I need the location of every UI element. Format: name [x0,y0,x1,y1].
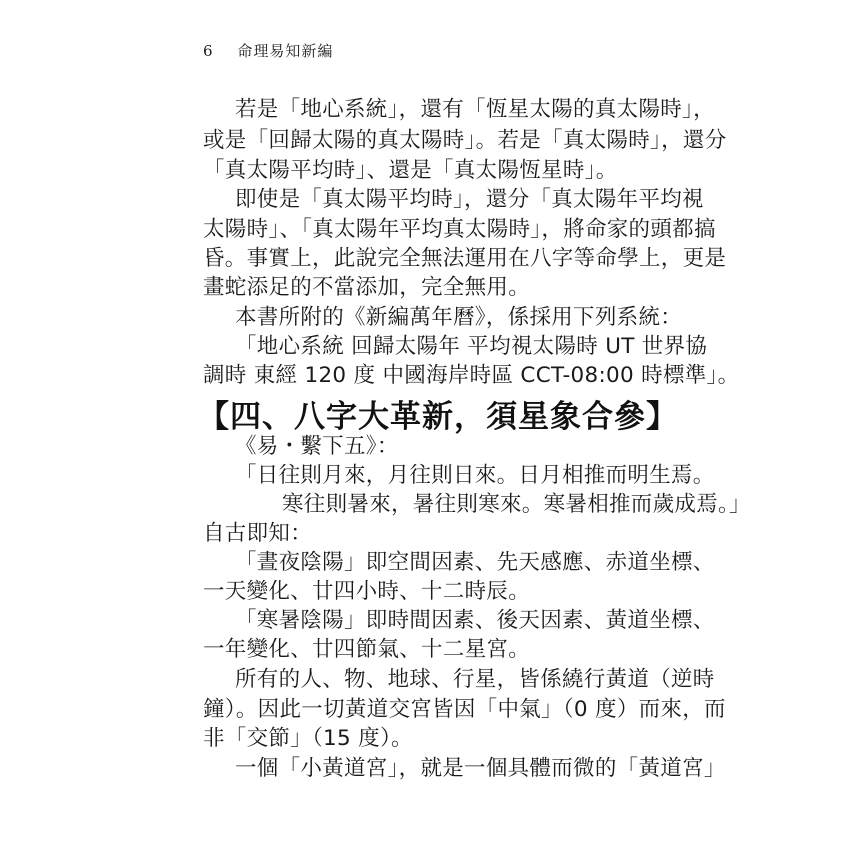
running-head: 6 命理易知新編 [203,40,333,61]
book-title: 命理易知新編 [237,42,333,60]
paragraph-line: 即使是「真太陽平均時」，還分「真太陽年平均視 [235,186,685,214]
paragraph-line: 昏。事實上，此說完全無法運用在八字等命學上，更是 [203,245,653,273]
paragraph-line: 一天變化、廿四小時、十二時辰。 [203,578,653,606]
book-page: 6 命理易知新編 若是「地心系統」，還有「恆星太陽的真太陽時」， 或是「回歸太陽… [0,0,850,850]
paragraph-line: 或是「回歸太陽的真太陽時」。若是「真太陽時」，還分 [203,127,653,155]
paragraph-line: 本書所附的《新編萬年曆》，係採用下列系統： [235,304,685,332]
paragraph-line: 「寒暑陰陽」即時間因素、後天因素、黃道坐標、 [235,607,685,635]
paragraph-line: 太陽時」、「真太陽年平均真太陽時」，將命家的頭都搞 [203,216,653,244]
paragraph-line: 「地心系統 回歸太陽年 平均視太陽時 UT 世界協 [235,333,685,361]
quote-line: 寒往則暑來，暑往則寒來。寒暑相推而歲成焉。」 [282,491,732,519]
paragraph-line: 畫蛇添足的不當添加，完全無用。 [203,274,653,302]
paragraph-line: 一個「小黃道宮」，就是一個具體而微的「黃道宮」 [235,755,685,783]
quote-line: 「日往則月來，月往則日來。日月相推而明生焉。 [235,462,685,490]
paragraph-line: 若是「地心系統」，還有「恆星太陽的真太陽時」， [235,96,685,124]
paragraph-line: 「真太陽平均時」、還是「真太陽恆星時」。 [203,157,653,185]
paragraph-line: 調時 東經 120 度 中國海岸時區 CCT-08:00 時標準」。 [203,362,653,390]
paragraph-line: 所有的人、物、地球、行星，皆係繞行黃道（逆時 [235,666,685,694]
paragraph-line: 非「交節」（15 度）。 [203,725,653,753]
paragraph-line: 一年變化、廿四節氣、十二星宮。 [203,636,653,664]
paragraph-line: 鐘）。因此一切黃道交宮皆因「中氣」（0 度）而來，而 [203,696,653,724]
page-number: 6 [203,42,214,60]
quote-source-line: 《易・繫下五》： [235,433,685,461]
paragraph-line: 自古即知： [203,520,653,548]
section-heading: 【四、八字大革新，須星象合參】 [198,391,678,436]
paragraph-line: 「晝夜陰陽」即空間因素、先天感應、赤道坐標、 [235,549,685,577]
